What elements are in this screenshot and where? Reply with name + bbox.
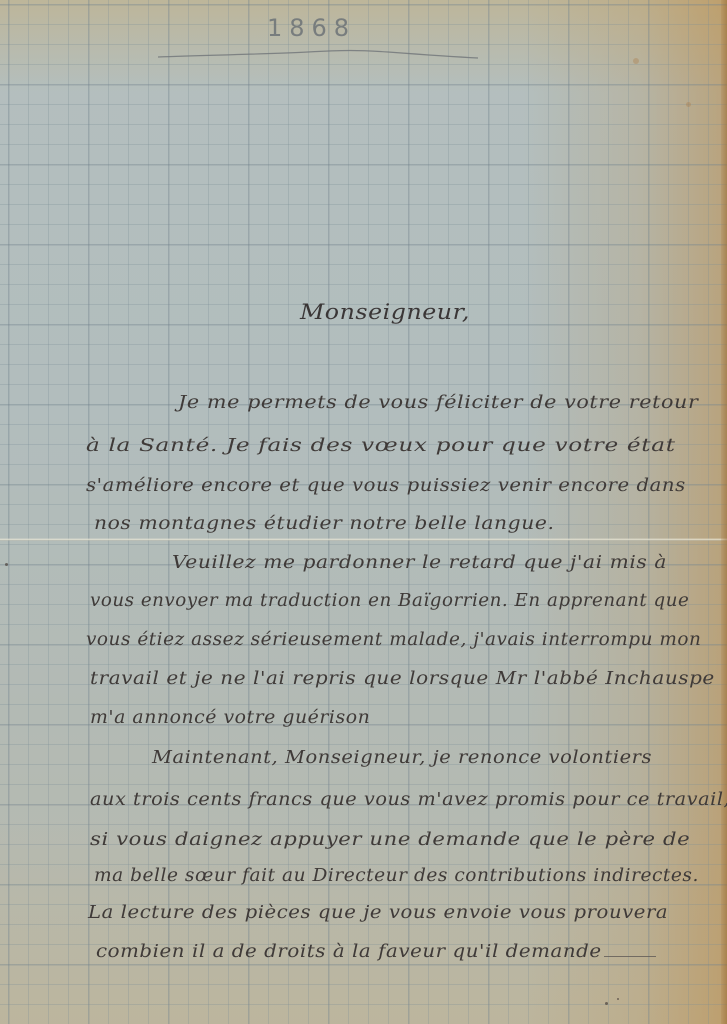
letter-line: La lecture des pièces que je vous envoie…	[88, 903, 668, 923]
ink-speck	[605, 1002, 608, 1005]
letter-line: à la Santé. Je fais des vœux pour que vo…	[86, 436, 676, 456]
aged-paper-edge	[721, 0, 727, 1024]
paper-stain	[686, 102, 691, 107]
letter-line: si vous daignez appuyer une demande que …	[90, 830, 690, 850]
pencil-underline	[158, 46, 478, 60]
letter-line: s'améliore encore et que vous puissiez v…	[86, 476, 686, 496]
letter-line: m'a annoncé votre guérison	[90, 708, 370, 728]
letter-line: Maintenant, Monseigneur, je renonce volo…	[152, 748, 652, 768]
closing-flourish	[604, 956, 656, 957]
salutation: Monseigneur,	[300, 300, 470, 324]
letter-line: Je me permets de vous féliciter de votre…	[178, 393, 698, 413]
letter-line: vous étiez assez sérieusement malade, j'…	[86, 630, 701, 650]
letter-line: ma belle sœur fait au Directeur des cont…	[94, 866, 699, 886]
letter-line: aux trois cents francs que vous m'avez p…	[90, 790, 727, 810]
ink-speck	[617, 998, 619, 1000]
letter-page: 1868 Monseigneur, Je me permets de vous …	[0, 0, 727, 1024]
letter-line: combien il a de droits à la faveur qu'il…	[96, 942, 602, 962]
paper-fold-crease	[0, 538, 727, 541]
ink-speck	[5, 563, 8, 566]
letter-line: Veuillez me pardonner le retard que j'ai…	[172, 553, 667, 573]
paper-stain	[633, 58, 639, 64]
letter-line: nos montagnes étudier notre belle langue…	[94, 514, 555, 534]
letter-line: vous envoyer ma traduction en Baïgorrien…	[90, 591, 689, 611]
pencil-date-annotation: 1868	[267, 14, 356, 42]
letter-line: travail et je ne l'ai repris que lorsque…	[90, 669, 715, 689]
